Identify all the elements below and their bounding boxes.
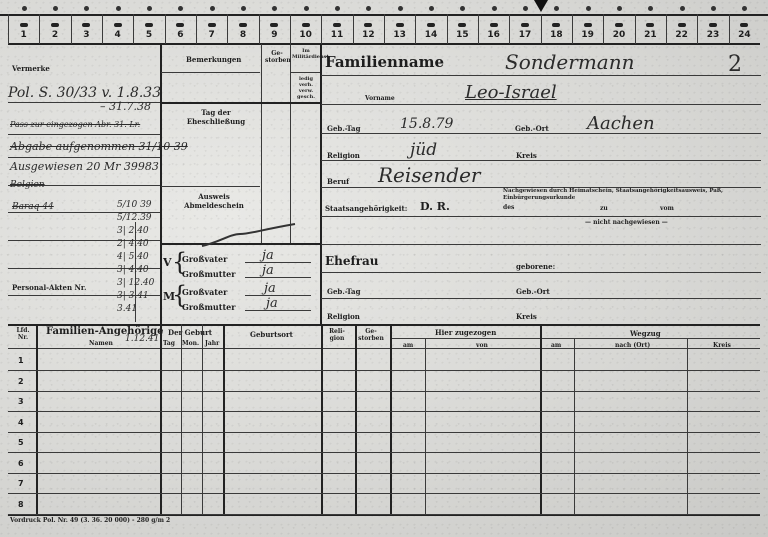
edge-tick	[145, 23, 153, 27]
edge-dot	[492, 6, 497, 11]
v-grossvater-label: Großvater	[182, 254, 227, 264]
edge-tick	[20, 23, 28, 27]
col-nach-ort: nach (Ort)	[615, 342, 650, 349]
edge-dot	[272, 6, 277, 11]
edge-dot	[742, 6, 747, 11]
bemerkungen-label: Bemerkungen	[186, 55, 241, 64]
edge-dot	[429, 6, 434, 11]
card-number[interactable]: 2	[728, 52, 742, 77]
edge-dot	[335, 6, 340, 11]
geb-ort-label: Geb.-Ort	[515, 124, 549, 133]
staatsangehoerigkeit-value[interactable]: D. R.	[420, 200, 450, 213]
col-zugezogen-von: von	[476, 342, 488, 349]
edge-tick	[615, 23, 623, 27]
col-zugezogen-am: am	[403, 342, 413, 349]
zu-label: zu	[600, 205, 608, 212]
note-date-end[interactable]: – 31.7.38	[100, 100, 151, 113]
table-row-number: 8	[18, 500, 24, 509]
col-namen: Namen	[89, 340, 113, 347]
edge-tick	[458, 23, 466, 27]
vorname-label: Vorname	[365, 95, 395, 102]
edge-tick	[208, 23, 216, 27]
col-hier-zugezogen: Hier zugezogen	[435, 328, 496, 337]
edge-number: 11	[327, 30, 347, 40]
table-row-number: 1	[18, 356, 24, 365]
edge-dot	[22, 6, 27, 11]
edge-dot	[366, 6, 371, 11]
m-grossmutter-label: Großmutter	[182, 302, 235, 312]
geb-tag-label: Geb.-Tag	[327, 124, 360, 133]
edge-tick	[427, 23, 435, 27]
ausweis-label: Ausweis Abmeldeschein	[184, 192, 244, 210]
ehefrau-label: Ehefrau	[325, 254, 379, 268]
religion-label: Religion	[327, 151, 360, 160]
geb-tag-value[interactable]: 15.8.79	[400, 116, 453, 132]
table-row-number: 3	[18, 397, 24, 406]
edge-tick	[176, 23, 184, 27]
table-row-number: 4	[18, 418, 24, 427]
vorname-value[interactable]: Leo-Israel	[465, 82, 557, 103]
edge-dot	[617, 6, 622, 11]
edge-tick	[270, 23, 278, 27]
beruf-value[interactable]: Reisender	[378, 163, 480, 187]
edge-tick	[396, 23, 404, 27]
ehefrau-religion-label: Religion	[327, 312, 360, 321]
edge-number: 15	[452, 30, 472, 40]
edge-number: 2	[45, 30, 65, 40]
edge-number: 24	[734, 30, 754, 40]
edge-number: 19	[578, 30, 598, 40]
familienname-value[interactable]: Sondermann	[505, 50, 634, 74]
table-row-number: 6	[18, 459, 24, 468]
edge-dot	[116, 6, 121, 11]
date-entry[interactable]: 3| 2.40	[117, 226, 149, 236]
col-religion: Reli-gion	[326, 328, 348, 342]
date-entry[interactable]: 5/12.39	[117, 213, 152, 223]
edge-dot	[398, 6, 403, 11]
date-entry[interactable]: 3| 12.40	[117, 278, 154, 288]
v-grossvater-value[interactable]: ja	[262, 248, 274, 263]
militaerdienst-label: Im Militärdienst	[292, 48, 320, 60]
note-pol[interactable]: Pol. S. 30/33 v. 1.8.33	[8, 85, 161, 101]
gestorben-label: Ge-storben	[265, 50, 289, 64]
pen-stroke	[200, 220, 300, 250]
edge-tick	[709, 23, 717, 27]
edge-dot	[84, 6, 89, 11]
edge-dot	[147, 6, 152, 11]
edge-number: 6	[170, 30, 190, 40]
ehefrau-geb-tag-label: Geb.-Tag	[327, 287, 360, 296]
date-entry[interactable]: 3.41	[117, 304, 137, 314]
edge-number: 9	[264, 30, 284, 40]
edge-number: 10	[296, 30, 316, 40]
note-abgabe[interactable]: Abgabe aufgenommen 31/10 39	[10, 140, 188, 153]
date-entry[interactable]: 5/10 39	[117, 200, 152, 210]
des-label: des	[503, 204, 514, 211]
edge-tick	[333, 23, 341, 27]
edge-number: 8	[233, 30, 253, 40]
note-belgien[interactable]: Belgien	[10, 180, 45, 190]
edge-tick	[302, 23, 310, 27]
note-baraq[interactable]: Baraq 44	[12, 202, 54, 212]
edge-dot	[53, 6, 58, 11]
edge-tick	[646, 23, 654, 27]
edge-dot	[586, 6, 591, 11]
col-gestorben: Ge-storben	[358, 328, 384, 342]
familienname-label: Familienname	[325, 53, 444, 71]
edge-number: 18	[546, 30, 566, 40]
geborene-label: geborene:	[516, 262, 555, 271]
edge-number: 23	[703, 30, 723, 40]
edge-dot	[304, 6, 309, 11]
edge-number: 3	[76, 30, 96, 40]
m-grossmutter-value[interactable]: ja	[266, 296, 278, 311]
nicht-nachgewiesen: — nicht nachgewiesen —	[585, 219, 668, 226]
edge-number: 12	[358, 30, 378, 40]
edge-tick	[584, 23, 592, 27]
geb-ort-value[interactable]: Aachen	[587, 113, 655, 134]
table-header-note[interactable]: 1.12.41	[125, 334, 159, 344]
date-entry[interactable]: 3| 3.41	[117, 291, 149, 301]
edge-tick	[740, 23, 748, 27]
form-footer: Vordruck Pol. Nr. 49 (3. 36. 20 000) - 2…	[10, 517, 170, 524]
col-kreis: Kreis	[713, 342, 731, 349]
edge-number: 16	[484, 30, 504, 40]
col-wegzug-am: am	[551, 342, 561, 349]
edge-tick	[678, 23, 686, 27]
date-entry[interactable]: 2| 4.40	[117, 239, 149, 249]
edge-tick	[490, 23, 498, 27]
table-row-number: 2	[18, 377, 24, 386]
tag-eheschliessung-label: Tag der Eheschließung	[186, 108, 246, 126]
vom-label: vom	[660, 205, 674, 212]
kreis-label: Kreis	[516, 151, 537, 160]
col-tag: Tag	[163, 340, 175, 347]
note-pass[interactable]: Pass zur eingezogen Abr. 31. Lr.	[10, 120, 140, 129]
edge-tick	[51, 23, 59, 27]
registration-card: Vermerke Personal-Akten Nr. Pol. S. 30/3…	[0, 0, 768, 537]
edge-dot	[460, 6, 465, 11]
familienstand-label: ledig verh. verw. gesch.	[293, 76, 319, 100]
edge-tick	[552, 23, 560, 27]
v-label: V	[163, 256, 172, 269]
col-jahr: Jahr	[205, 340, 219, 347]
edge-number: 20	[609, 30, 629, 40]
col-lfd-nr: Lfd. Nr.	[12, 327, 34, 341]
col-mon: Mon.	[182, 340, 199, 347]
table-row-number: 7	[18, 479, 24, 488]
personal-akten-label: Personal-Akten Nr.	[12, 283, 86, 292]
vermerke-label: Vermerke	[12, 64, 50, 73]
edge-tick	[114, 23, 122, 27]
edge-dot	[711, 6, 716, 11]
ehefrau-geb-ort-label: Geb.-Ort	[516, 287, 550, 296]
edge-number: 1	[14, 30, 34, 40]
edge-number: 4	[108, 30, 128, 40]
col-wegzug: Wegzug	[630, 329, 661, 338]
edge-number: 14	[421, 30, 441, 40]
v-grossmutter-value[interactable]: ja	[262, 263, 274, 278]
v-grossmutter-label: Großmutter	[182, 269, 235, 279]
ehefrau-kreis-label: Kreis	[516, 312, 537, 321]
index-tab-marker	[534, 0, 548, 12]
edge-number: 22	[672, 30, 692, 40]
edge-dot	[523, 6, 528, 11]
edge-dot	[178, 6, 183, 11]
edge-dot	[241, 6, 246, 11]
table-row-number: 5	[18, 438, 24, 447]
date-entry[interactable]: 4| 5.40	[117, 252, 149, 262]
m-grossvater-label: Großvater	[182, 287, 227, 297]
religion-value[interactable]: jüd	[410, 140, 437, 160]
edge-tick	[239, 23, 247, 27]
col-der-geburt: Der Geburt	[168, 328, 212, 337]
edge-number: 21	[640, 30, 660, 40]
edge-number: 5	[139, 30, 159, 40]
edge-tick	[82, 23, 90, 27]
nachweis-text: Nachgewiesen durch Heimatschein, Staatsa…	[503, 188, 761, 202]
edge-dot	[210, 6, 215, 11]
col-geburtsort: Geburtsort	[250, 330, 293, 339]
edge-dot	[648, 6, 653, 11]
beruf-label: Beruf	[327, 177, 349, 186]
edge-dot	[680, 6, 685, 11]
edge-number: 13	[390, 30, 410, 40]
edge-tick	[521, 23, 529, 27]
edge-number: 17	[515, 30, 535, 40]
edge-dot	[554, 6, 559, 11]
note-ausgewiesen[interactable]: Ausgewiesen 20 Mr 39983	[10, 160, 159, 173]
edge-tick	[364, 23, 372, 27]
edge-number: 7	[202, 30, 222, 40]
m-grossvater-value[interactable]: ja	[264, 281, 276, 296]
staatsangehoerigkeit-label: Staatsangehörigkeit:	[325, 204, 407, 213]
date-entry[interactable]: 3| 4.40	[117, 265, 149, 275]
